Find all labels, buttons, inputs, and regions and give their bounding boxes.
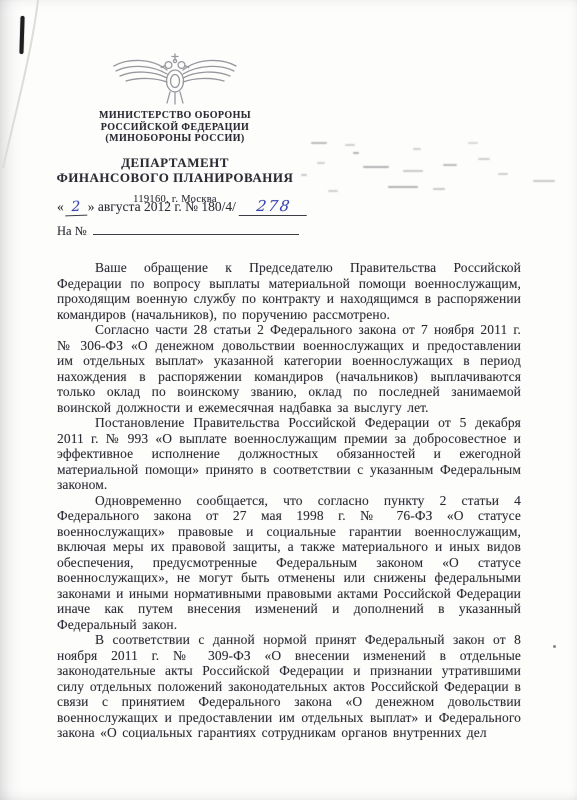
reply-label: На № <box>57 224 87 238</box>
body-paragraph: Одновременно сообщается, что согласно пу… <box>57 493 521 633</box>
dept-line-2: ФИНАНСОВОГО ПЛАНИРОВАНИЯ <box>52 170 298 186</box>
letter-body: Ваше обращение к Председателю Правительс… <box>57 260 521 741</box>
faded-stamp-smudge <box>293 128 565 224</box>
handwritten-outgoing-number: 278 <box>239 197 310 216</box>
handwritten-day: 2 <box>64 199 87 217</box>
ink-dot-artifact <box>553 645 556 648</box>
letterhead: МИНИСТЕРСТВО ОБОРОНЫ РОССИЙСКОЙ ФЕДЕРАЦИ… <box>52 52 298 205</box>
org-line-2: РОССИЙСКОЙ ФЕДЕРАЦИИ <box>52 122 298 134</box>
department-name: ДЕПАРТАМЕНТ ФИНАНСОВОГО ПЛАНИРОВАНИЯ <box>52 155 298 186</box>
date-and-number-text: августа 2012 г. № 180/4/ <box>95 199 236 214</box>
body-paragraph: Ваше обращение к Председателю Правительс… <box>57 260 521 322</box>
open-quote: « <box>57 199 64 214</box>
reply-number-blank <box>93 222 299 235</box>
dept-line-1: ДЕПАРТАМЕНТ <box>52 155 298 171</box>
staple-mark-artifact <box>19 16 24 54</box>
org-line-1: МИНИСТЕРСТВО ОБОРОНЫ <box>52 110 298 122</box>
mod-double-headed-eagle-emblem-icon <box>110 52 240 106</box>
close-quote: » <box>88 199 95 214</box>
reply-reference-line: На № <box>57 222 299 239</box>
scanned-letter-page: МИНИСТЕРСТВО ОБОРОНЫ РОССИЙСКОЙ ФЕДЕРАЦИ… <box>0 0 577 800</box>
org-line-3: (МИНОБОРОНЫ РОССИИ) <box>52 133 298 145</box>
date-reference-line: «2» августа 2012 г. № 180/4/278 <box>57 197 308 216</box>
body-paragraph: Согласно части 28 статьи 2 Федерального … <box>57 322 521 415</box>
organization-name: МИНИСТЕРСТВО ОБОРОНЫ РОССИЙСКОЙ ФЕДЕРАЦИ… <box>52 110 298 145</box>
body-paragraph: Постановление Правительства Российской Ф… <box>57 415 521 493</box>
body-paragraph: В соответствии с данной нормой принят Фе… <box>57 632 521 741</box>
